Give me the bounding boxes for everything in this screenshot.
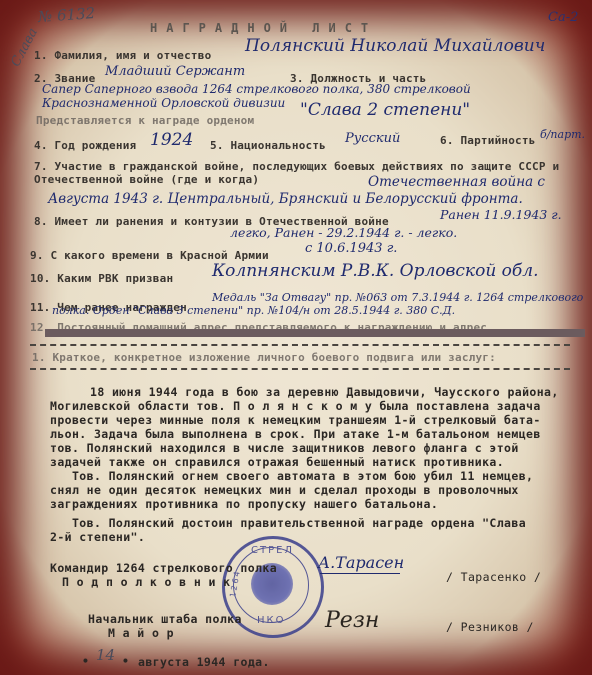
- conclusion-line: Тов. Полянский достоин правительственной…: [50, 516, 526, 530]
- signer-1-rank: П о д п о л к о в н и к: [62, 575, 230, 589]
- date-text: августа 1944 года.: [138, 655, 270, 669]
- field-label-name: 1. Фамилия, имя и отчество: [34, 49, 211, 62]
- narrative-line: тов. Полянский находился в числе защитни…: [50, 441, 541, 455]
- archive-mark-right: Са-2: [548, 10, 578, 25]
- narrative-line: снял не один десяток немецких мин и сдел…: [50, 483, 541, 497]
- divider-top: [30, 344, 570, 346]
- narrative-line: заграждениях противника по пропуску наше…: [50, 497, 541, 511]
- field-value-wounds: Ранен 11.9.1943 г. легко, Ранен - 29.2.1…: [230, 206, 590, 242]
- stamp-top-text: СТРЕЛ: [251, 545, 294, 556]
- field-value-army-since: с 10.6.1943 г.: [305, 241, 397, 256]
- field-value-birth-year: 1924: [150, 130, 193, 150]
- signer-2-signature: Резн: [325, 608, 379, 633]
- field-label-birth-year: 4. Год рождения: [34, 139, 136, 152]
- signer-1-position: Командир 1264 стрелкового полка: [50, 561, 277, 575]
- stamp-bottom-text: НКО: [257, 615, 286, 626]
- field-value-rank: Младший Сержант: [105, 64, 245, 79]
- signer-1-signature: А.Тарасен: [318, 553, 404, 572]
- narrative-line: Могилевской области тов. П о л я н с к о…: [50, 399, 541, 413]
- signer-2-position: Начальник штаба полка: [88, 612, 242, 626]
- archive-number: № 6132: [37, 4, 95, 26]
- section-heading: 1. Краткое, конкретное изложение личного…: [32, 351, 496, 364]
- field-label-conscription-office: 10. Каким РВК призван: [30, 272, 173, 285]
- signer-1-name: / Тарасенко /: [446, 570, 541, 584]
- date-bullet-left: •: [82, 654, 89, 668]
- archive-note: Слава: [8, 26, 41, 70]
- field-label-nationality: 5. Национальность: [210, 139, 326, 152]
- narrative-line: задачей также он справился отражая бешен…: [50, 455, 541, 469]
- field-value-war-participation: Отечественная война с Августа 1943 г. Це…: [48, 174, 583, 208]
- narrative-line: льон. Задача была выполнена в срок. При …: [50, 427, 541, 441]
- page-title: НАГРАДНОЙ ЛИСТ: [150, 21, 377, 35]
- field-value-name: Полянский Николай Михайлович: [245, 36, 545, 56]
- field-label-nominated: Представляется к награде орденом: [36, 114, 254, 127]
- field-label-party: 6. Партийность: [440, 134, 536, 147]
- field-value-conscription-office: Колпнянским Р.В.К. Орловской обл.: [212, 261, 539, 281]
- redaction-bar: [45, 329, 585, 337]
- field-value-nationality: Русский: [345, 131, 400, 146]
- signature-underline: [320, 573, 400, 574]
- narrative-line: провести через минные поля к немецким тр…: [50, 413, 541, 427]
- field-value-previous-awards: Медаль "За Отвагу" пр. №063 от 7.3.1944 …: [52, 291, 587, 317]
- narrative: 18 июня 1944 года в бою за деревню Давыд…: [50, 385, 541, 511]
- field-value-party: б/парт.: [540, 128, 585, 141]
- narrative-line: 18 июня 1944 года в бою за деревню Давыд…: [90, 385, 581, 399]
- date-day: 14: [96, 646, 115, 664]
- date-bullet-right: •: [122, 654, 129, 668]
- field-value-nominated: "Слава 2 степени": [300, 100, 470, 120]
- narrative-line: Тов. Полянский огнем своего автомата в э…: [50, 469, 541, 483]
- signer-2-name: / Резников /: [446, 620, 534, 634]
- signer-2-rank: М а й о р: [108, 626, 174, 640]
- divider-bottom: [30, 368, 570, 370]
- award-sheet: № 6132 Слава Са-2 НАГРАДНОЙ ЛИСТ 1. Фами…: [0, 0, 592, 675]
